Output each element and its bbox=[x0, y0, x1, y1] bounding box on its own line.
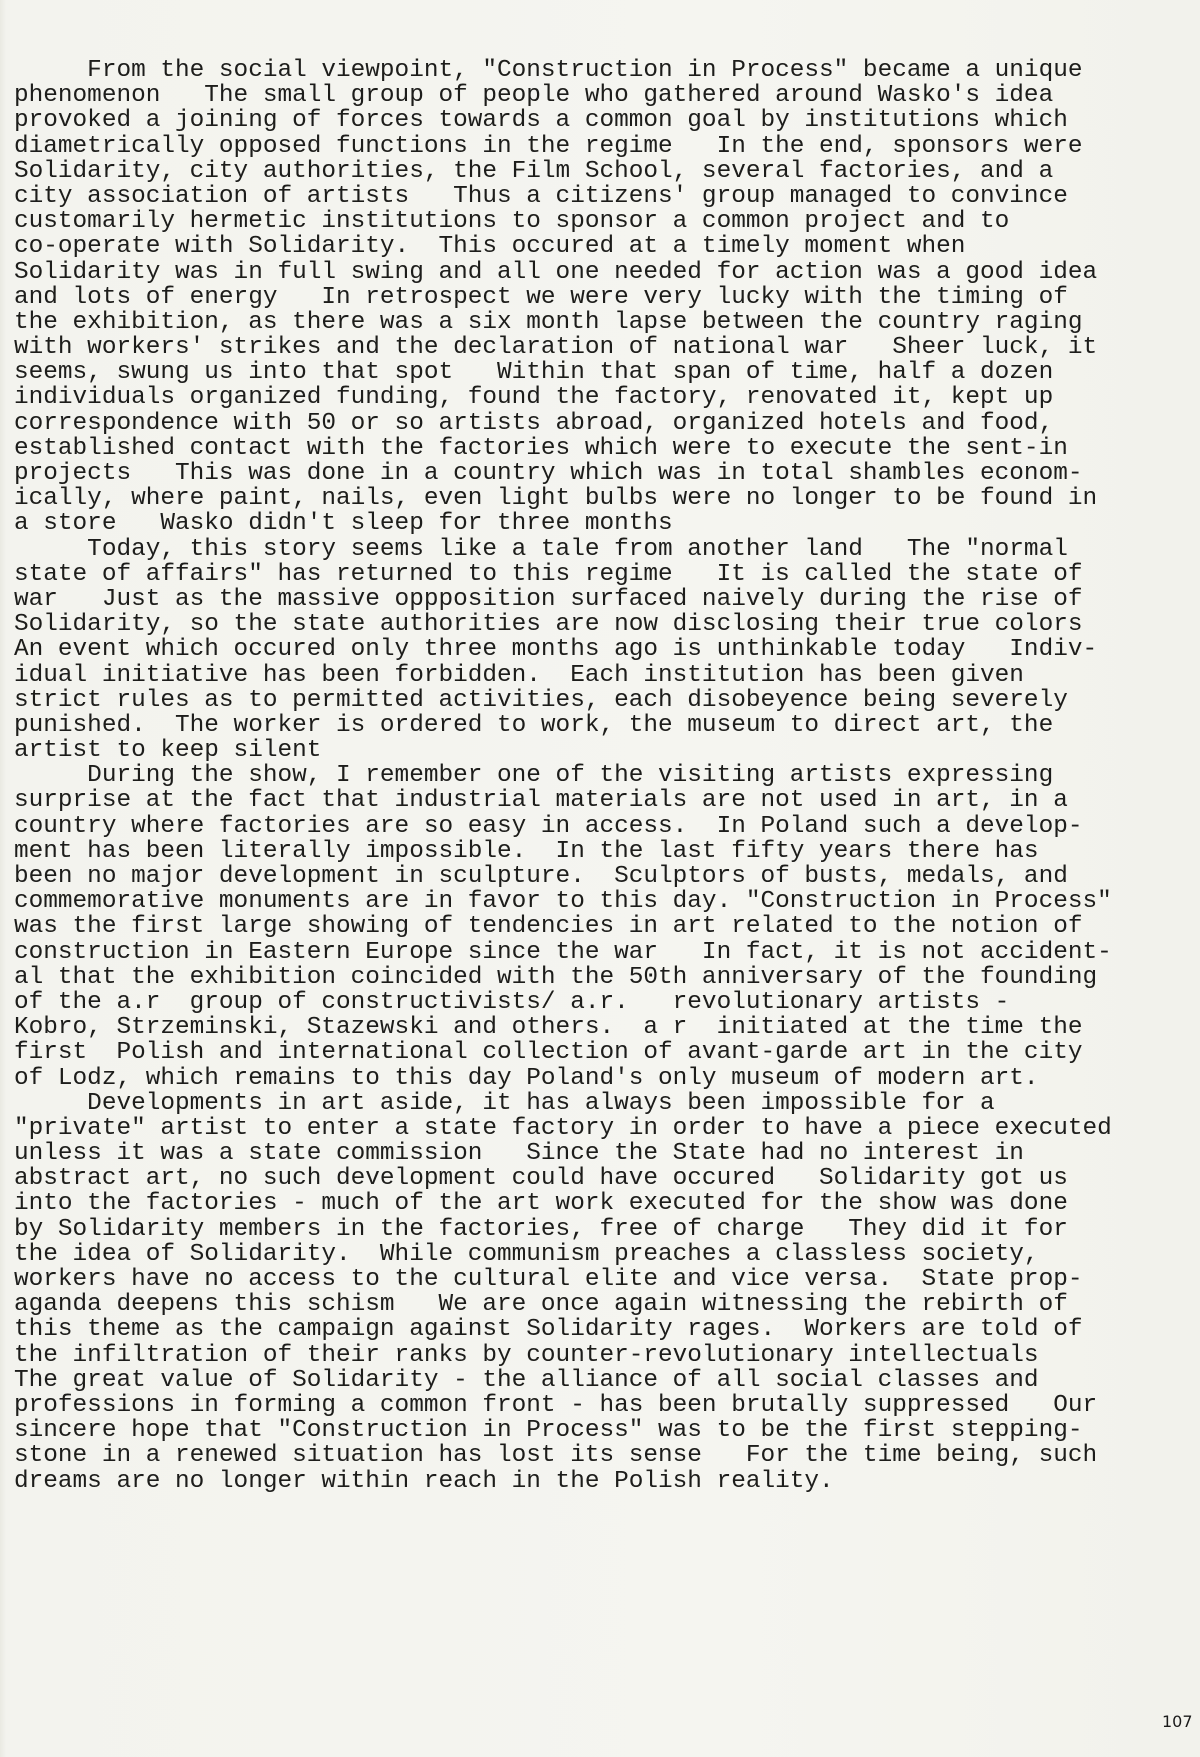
text-line: ment has been literally impossible. In t… bbox=[14, 839, 1194, 864]
text-line: Solidarity, city authorities, the Film S… bbox=[14, 159, 1194, 184]
text-line: the idea of Solidarity. While communism … bbox=[14, 1242, 1194, 1267]
text-line: by Solidarity members in the factories, … bbox=[14, 1217, 1194, 1242]
text-line: state of affairs" has returned to this r… bbox=[14, 562, 1194, 587]
text-line: phenomenon The small group of people who… bbox=[14, 83, 1194, 108]
paragraph: Developments in art aside, it has always… bbox=[14, 1091, 1194, 1494]
text-line: of Lodz, which remains to this day Polan… bbox=[14, 1066, 1194, 1091]
text-line: was the first large showing of tendencie… bbox=[14, 914, 1194, 939]
text-line: individuals organized funding, found the… bbox=[14, 385, 1194, 410]
text-line: a store Wasko didn't sleep for three mon… bbox=[14, 511, 1194, 536]
text-line: Solidarity was in full swing and all one… bbox=[14, 260, 1194, 285]
text-line: war Just as the massive oppposition surf… bbox=[14, 587, 1194, 612]
text-line: Today, this story seems like a tale from… bbox=[14, 537, 1194, 562]
text-line: into the factories - much of the art wor… bbox=[14, 1191, 1194, 1216]
text-line: An event which occured only three months… bbox=[14, 637, 1194, 662]
text-line: surprise at the fact that industrial mat… bbox=[14, 788, 1194, 813]
text-line: seems, swung us into that spot Within th… bbox=[14, 360, 1194, 385]
page-number: 107 bbox=[1162, 1712, 1193, 1731]
text-line: unless it was a state commission Since t… bbox=[14, 1141, 1194, 1166]
text-line: sincere hope that "Construction in Proce… bbox=[14, 1418, 1194, 1443]
text-line: city association of artists Thus a citiz… bbox=[14, 184, 1194, 209]
text-line: Kobro, Strzeminski, Stazewski and others… bbox=[14, 1015, 1194, 1040]
text-line: commemorative monuments are in favor to … bbox=[14, 889, 1194, 914]
text-line: professions in forming a common front - … bbox=[14, 1393, 1194, 1418]
text-line: co-operate with Solidarity. This occured… bbox=[14, 234, 1194, 259]
text-line: country where factories are so easy in a… bbox=[14, 814, 1194, 839]
text-line: the exhibition, as there was a six month… bbox=[14, 310, 1194, 335]
text-line: workers have no access to the cultural e… bbox=[14, 1267, 1194, 1292]
text-line: aganda deepens this schism We are once a… bbox=[14, 1292, 1194, 1317]
text-line: correspondence with 50 or so artists abr… bbox=[14, 411, 1194, 436]
text-line: provoked a joining of forces towards a c… bbox=[14, 108, 1194, 133]
paragraph: During the show, I remember one of the v… bbox=[14, 763, 1194, 1090]
text-line: customarily hermetic institutions to spo… bbox=[14, 209, 1194, 234]
text-line: "private" artist to enter a state factor… bbox=[14, 1116, 1194, 1141]
text-line: punished. The worker is ordered to work,… bbox=[14, 713, 1194, 738]
text-line: The great value of Solidarity - the alli… bbox=[14, 1368, 1194, 1393]
text-line: idual initiative has been forbidden. Eac… bbox=[14, 663, 1194, 688]
body-text: From the social viewpoint, "Construction… bbox=[14, 58, 1194, 1494]
text-line: strict rules as to permitted activities,… bbox=[14, 688, 1194, 713]
text-line: al that the exhibition coincided with th… bbox=[14, 965, 1194, 990]
text-line: From the social viewpoint, "Construction… bbox=[14, 58, 1194, 83]
document-page: From the social viewpoint, "Construction… bbox=[0, 0, 1200, 1757]
text-line: established contact with the factories w… bbox=[14, 436, 1194, 461]
text-line: artist to keep silent bbox=[14, 738, 1194, 763]
text-line: this theme as the campaign against Solid… bbox=[14, 1317, 1194, 1342]
text-line: and lots of energy In retrospect we were… bbox=[14, 285, 1194, 310]
text-line: ically, where paint, nails, even light b… bbox=[14, 486, 1194, 511]
text-line: construction in Eastern Europe since the… bbox=[14, 940, 1194, 965]
text-line: with workers' strikes and the declaratio… bbox=[14, 335, 1194, 360]
text-line: During the show, I remember one of the v… bbox=[14, 763, 1194, 788]
text-line: diametrically opposed functions in the r… bbox=[14, 134, 1194, 159]
text-line: abstract art, no such development could … bbox=[14, 1166, 1194, 1191]
text-line: projects This was done in a country whic… bbox=[14, 461, 1194, 486]
text-line: of the a.r group of constructivists/ a.r… bbox=[14, 990, 1194, 1015]
text-line: the infiltration of their ranks by count… bbox=[14, 1343, 1194, 1368]
paragraph: Today, this story seems like a tale from… bbox=[14, 537, 1194, 764]
text-line: first Polish and international collectio… bbox=[14, 1040, 1194, 1065]
text-line: dreams are no longer within reach in the… bbox=[14, 1469, 1194, 1494]
text-line: Developments in art aside, it has always… bbox=[14, 1091, 1194, 1116]
text-line: stone in a renewed situation has lost it… bbox=[14, 1443, 1194, 1468]
paragraph: From the social viewpoint, "Construction… bbox=[14, 58, 1194, 537]
text-line: been no major development in sculpture. … bbox=[14, 864, 1194, 889]
text-line: Solidarity, so the state authorities are… bbox=[14, 612, 1194, 637]
